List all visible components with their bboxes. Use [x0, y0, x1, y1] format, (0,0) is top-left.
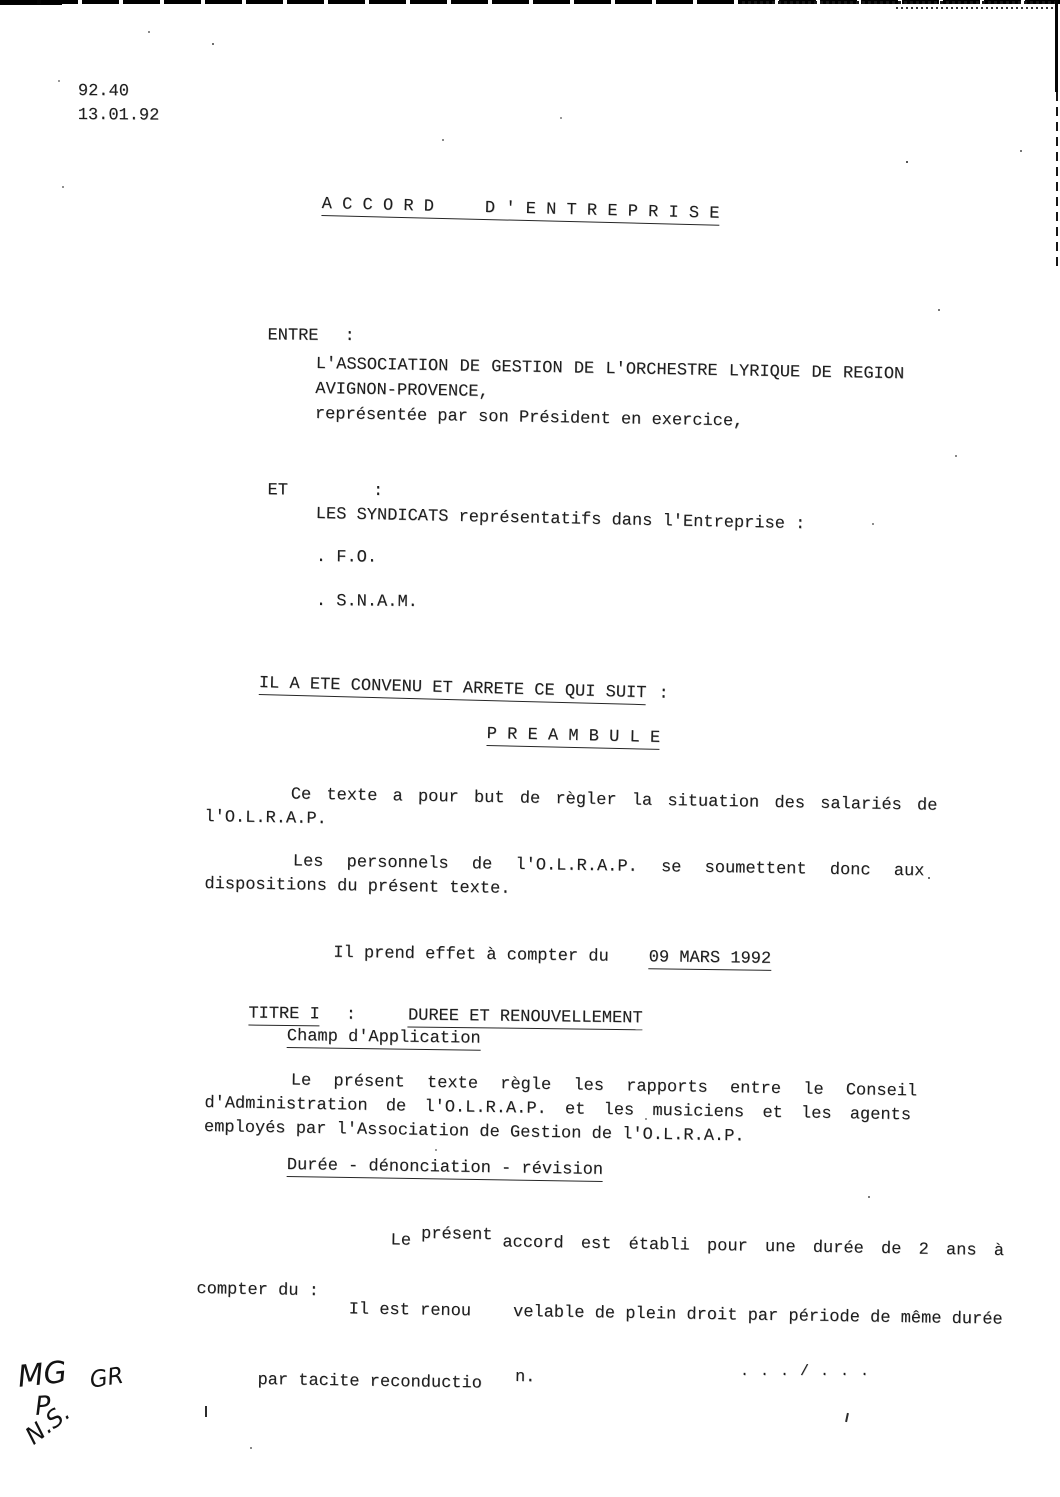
duree-p2-line-1b: velable de plein droit par période de mê… — [513, 1303, 1003, 1330]
syndicats-intro: LES SYNDICATS représentatifs dans l'Entr… — [315, 503, 805, 537]
duree-heading-block: Durée - dénonciation - révision — [287, 1154, 604, 1183]
doc-title: A C C O R D D ' E N T R E P R I S E — [321, 193, 719, 227]
et-label: ET — [267, 481, 288, 500]
handwritten-initials-ns: N.S. — [20, 1398, 75, 1450]
syndicat-fo: . F.O. — [316, 546, 377, 571]
doc-ref-block: 92.40 13.01.92 — [78, 80, 160, 129]
scan-artifact-top-bar-row2 — [896, 7, 1056, 9]
et-colon: : — [373, 482, 383, 501]
doc-ref-number: 92.40 — [78, 80, 160, 105]
doc-title-text: A C C O R D D ' E N T R E P R I S E — [321, 195, 719, 226]
duree-p2-displaced-fragment: n. — [515, 1368, 536, 1387]
preambule-heading-block: P R E A M B U L E — [486, 723, 660, 751]
champ-paragraph: Le présent texte règle les rapports entr… — [204, 1068, 918, 1152]
duree-heading: Durée - dénonciation - révision — [287, 1156, 604, 1182]
scan-gap — [471, 1315, 513, 1316]
continuation-mark: . . . / . . . — [740, 1360, 870, 1384]
duree-p1-word-le: Le — [390, 1231, 411, 1250]
entre-colon: : — [344, 327, 354, 346]
champ-heading-block: Champ d'Application — [287, 1025, 481, 1052]
scanned-document-page: 92.40 13.01.92 A C C O R D D ' E N T R E… — [0, 0, 1060, 1497]
titre-1-label: TITRE I — [248, 1004, 320, 1026]
duree-p1-rest: accord est établi pour une durée de 2 an… — [502, 1233, 1004, 1261]
association-block: L'ASSOCIATION DE GESTION DE L'ORCHESTRE … — [315, 352, 905, 437]
duree-p2-line-2: par tacite reconduction. — [196, 1344, 1002, 1429]
duree-p2-line-2-text: par tacite reconductio — [257, 1371, 482, 1394]
preambule-paragraph-2: Les personnels de l'O.L.R.A.P. se soumet… — [204, 849, 924, 908]
scan-artifact-top-bar-stipple — [742, 1, 1060, 4]
titre-1-colon: : — [346, 1006, 356, 1025]
scan-artifact-right-edge-dashed — [1056, 92, 1058, 267]
duree-paragraph-2: Il est renouvelable de plein droit par p… — [196, 1272, 1003, 1429]
convenu-text: IL A ETE CONVENU ET ARRETE CE QUI SUIT — [259, 674, 647, 705]
duree-p1-word-present: présent — [421, 1225, 493, 1245]
entre-label: ENTRE — [267, 326, 318, 345]
convenu-row: IL A ETE CONVENU ET ARRETE CE QUI SUIT: — [217, 647, 669, 731]
scan-noise-specks — [0, 0, 2, 2]
champ-heading: Champ d'Application — [287, 1027, 481, 1051]
preambule-paragraph-1: Ce texte a pour but de règler la situati… — [204, 782, 937, 843]
syndicat-snam: . S.N.A.M. — [316, 590, 418, 615]
scan-artifact-right-edge — [1055, 0, 1058, 92]
effective-date-value: 09 MARS 1992 — [649, 948, 772, 971]
doc-date: 13.01.92 — [78, 104, 160, 129]
convenu-colon: : — [658, 685, 669, 704]
preambule-heading: P R E A M B U L E — [486, 725, 660, 750]
duree-p2-line-1a: Il est renou — [348, 1300, 471, 1321]
handwritten-initials-gr: GR — [88, 1363, 125, 1394]
duree-p2-line-1: Il est renouvelable de plein droit par p… — [197, 1272, 1003, 1357]
handwritten-initials-mg: MG — [16, 1355, 69, 1395]
effective-date-text: Il prend effet à compter du — [333, 944, 609, 967]
